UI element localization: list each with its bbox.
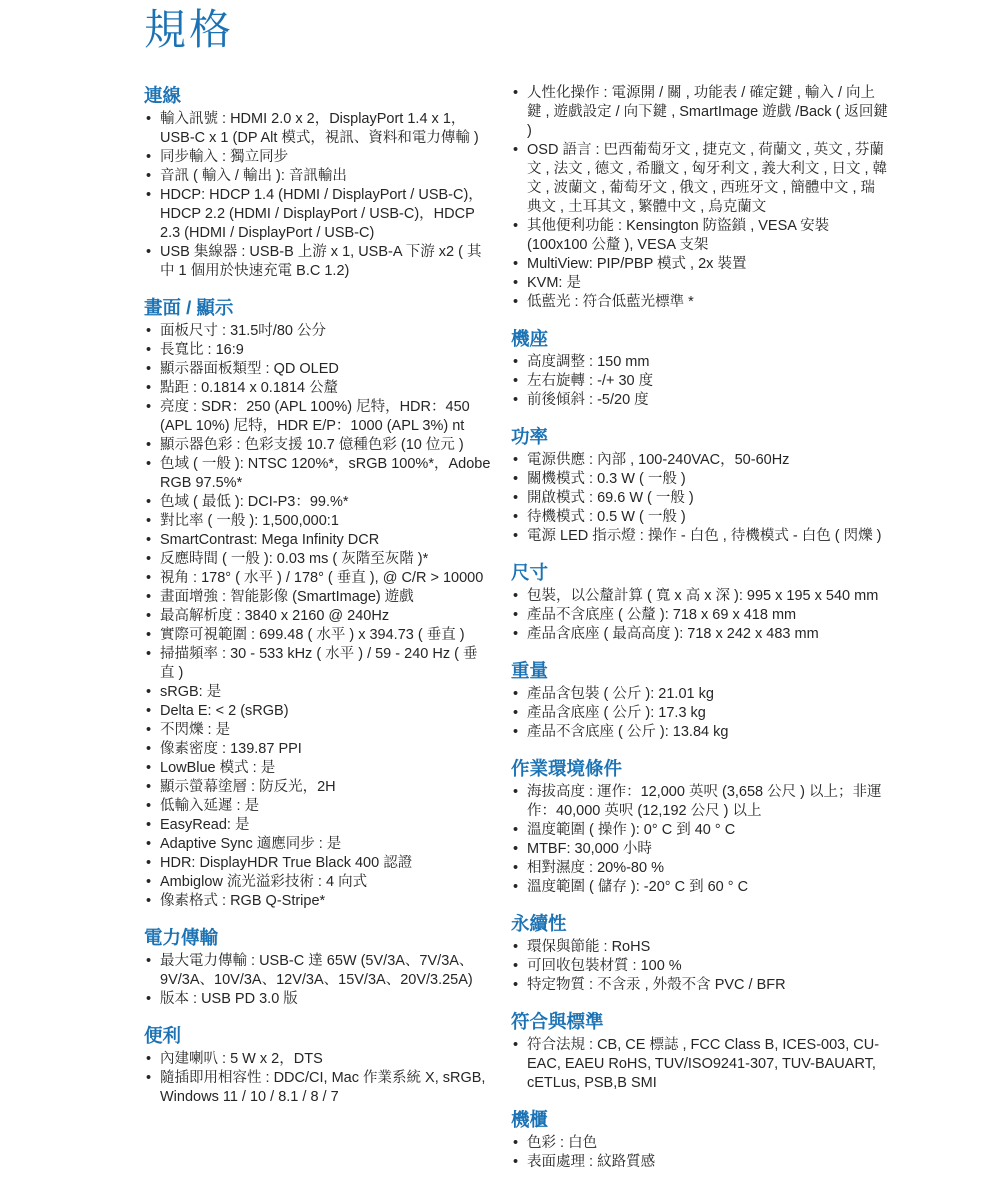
spec-item: 顯示器面板類型 : QD OLED xyxy=(144,360,491,379)
spec-list: 包裝，以公釐計算 ( 寬 x 高 x 深 ): 995 x 195 x 540 … xyxy=(511,587,889,644)
spec-item: 產品含底座 ( 最高高度 ): 718 x 242 x 483 mm xyxy=(511,625,889,644)
spec-item: LowBlue 模式 : 是 xyxy=(144,759,491,778)
spec-item: 待機模式 : 0.5 W ( 一般 ) xyxy=(511,508,889,527)
spec-item: 色域 ( 一般 ): NTSC 120%*，sRGB 100%*，Adobe R… xyxy=(144,455,491,493)
section-heading-convenience: 便利 xyxy=(144,1024,491,1047)
spec-item: EasyRead: 是 xyxy=(144,816,491,835)
spec-item: MTBF: 30,000 小時 xyxy=(511,840,889,859)
spec-list: 內建喇叭 : 5 W x 2，DTS隨插即用相容性 : DDC/CI, Mac … xyxy=(144,1050,491,1107)
spec-column-right: 人性化操作 : 電源開 / 關 , 功能表 / 確定鍵 , 輸入 / 向上鍵 ,… xyxy=(511,84,889,1172)
spec-columns: 連線輸入訊號 : HDMI 2.0 x 2，DisplayPort 1.4 x … xyxy=(144,84,1000,1172)
spec-list: 人性化操作 : 電源開 / 關 , 功能表 / 確定鍵 , 輸入 / 向上鍵 ,… xyxy=(511,84,889,312)
spec-item: 像素密度 : 139.87 PPI xyxy=(144,740,491,759)
section-connectivity: 連線輸入訊號 : HDMI 2.0 x 2，DisplayPort 1.4 x … xyxy=(144,84,491,281)
spec-item: 輸入訊號 : HDMI 2.0 x 2，DisplayPort 1.4 x 1，… xyxy=(144,110,491,148)
spec-page: 規格 連線輸入訊號 : HDMI 2.0 x 2，DisplayPort 1.4… xyxy=(0,0,1000,1172)
section-sustainability: 永續性環保與節能 : RoHS可回收包裝材質 : 100 %特定物質 : 不含汞… xyxy=(511,912,889,995)
spec-item: 相對濕度 : 20%-80 % xyxy=(511,859,889,878)
spec-item: 實際可視範圍 : 699.48 ( 水平 ) x 394.73 ( 垂直 ) xyxy=(144,626,491,645)
spec-item: 開啟模式 : 69.6 W ( 一般 ) xyxy=(511,489,889,508)
spec-item: MultiView: PIP/PBP 模式 , 2x 裝置 xyxy=(511,255,889,274)
spec-item: SmartContrast: Mega Infinity DCR xyxy=(144,531,491,550)
spec-item: 顯示螢幕塗層 : 防反光，2H xyxy=(144,778,491,797)
spec-item: 像素格式 : RGB Q-Stripe* xyxy=(144,892,491,911)
spec-item: 最高解析度 : 3840 x 2160 @ 240Hz xyxy=(144,607,491,626)
spec-item: 低藍光 : 符合低藍光標準 * xyxy=(511,293,889,312)
spec-item: 溫度範圍 ( 儲存 ): -20° C 到 60 ° C xyxy=(511,878,889,897)
section-heading-power-delivery: 電力傳輸 xyxy=(144,926,491,949)
spec-item: 左右旋轉 : -/+ 30 度 xyxy=(511,372,889,391)
spec-item: 點距 : 0.1814 x 0.1814 公釐 xyxy=(144,379,491,398)
spec-item: 顯示器色彩 : 色彩支援 10.7 億種色彩 (10 位元 ) xyxy=(144,436,491,455)
spec-item: 同步輸入 : 獨立同步 xyxy=(144,148,491,167)
spec-list: 最大電力傳輸 : USB-C 達 65W (5V/3A、7V/3A、9V/3A、… xyxy=(144,952,491,1009)
spec-item: 表面處理 : 紋路質感 xyxy=(511,1153,889,1172)
spec-item: 畫面增強 : 智能影像 (SmartImage) 遊戲 xyxy=(144,588,491,607)
spec-item: 產品含底座 ( 公斤 ): 17.3 kg xyxy=(511,704,889,723)
spec-item: KVM: 是 xyxy=(511,274,889,293)
spec-item: Adaptive Sync 適應同步 : 是 xyxy=(144,835,491,854)
spec-item: 環保與節能 : RoHS xyxy=(511,938,889,957)
spec-list: 電源供應 : 內部 , 100-240VAC，50-60Hz關機模式 : 0.3… xyxy=(511,451,889,546)
spec-column-left: 連線輸入訊號 : HDMI 2.0 x 2，DisplayPort 1.4 x … xyxy=(144,84,491,1107)
section-heading-compliance-standards: 符合與標準 xyxy=(511,1010,889,1033)
spec-item: 反應時間 ( 一般 ): 0.03 ms ( 灰階至灰階 )* xyxy=(144,550,491,569)
spec-item: 可回收包裝材質 : 100 % xyxy=(511,957,889,976)
section-weight: 重量產品含包裝 ( 公斤 ): 21.01 kg產品含底座 ( 公斤 ): 17… xyxy=(511,659,889,742)
spec-item: HDCP: HDCP 1.4 (HDMI / DisplayPort / USB… xyxy=(144,186,491,243)
spec-list: 環保與節能 : RoHS可回收包裝材質 : 100 %特定物質 : 不含汞 , … xyxy=(511,938,889,995)
spec-item: OSD 語言 : 巴西葡萄牙文 , 捷克文 , 荷蘭文 , 英文 , 芬蘭文 ,… xyxy=(511,141,889,217)
section-heading-cabinet: 機櫃 xyxy=(511,1108,889,1131)
spec-item: 產品不含底座 ( 公釐 ): 718 x 69 x 418 mm xyxy=(511,606,889,625)
spec-item: 電源供應 : 內部 , 100-240VAC，50-60Hz xyxy=(511,451,889,470)
spec-list: 產品含包裝 ( 公斤 ): 21.01 kg產品含底座 ( 公斤 ): 17.3… xyxy=(511,685,889,742)
section-heading-stand: 機座 xyxy=(511,327,889,350)
spec-item: 長寬比 : 16:9 xyxy=(144,341,491,360)
spec-item: 視角 : 178° ( 水平 ) / 178° ( 垂直 ), @ C/R > … xyxy=(144,569,491,588)
section-heading-weight: 重量 xyxy=(511,659,889,682)
spec-item: USB 集線器 : USB-B 上游 x 1, USB-A 下游 x2 ( 其中… xyxy=(144,243,491,281)
spec-item: 溫度範圍 ( 操作 ): 0° C 到 40 ° C xyxy=(511,821,889,840)
spec-item: 音訊 ( 輸入 / 輸出 ): 音訊輸出 xyxy=(144,167,491,186)
section-operating-conditions: 作業環境條件海拔高度 : 運作：12,000 英呎 (3,658 公尺 ) 以上… xyxy=(511,757,889,897)
spec-item: 不閃爍 : 是 xyxy=(144,721,491,740)
section-convenience: 便利內建喇叭 : 5 W x 2，DTS隨插即用相容性 : DDC/CI, Ma… xyxy=(144,1024,491,1107)
spec-item: 產品含包裝 ( 公斤 ): 21.01 kg xyxy=(511,685,889,704)
spec-list: 符合法規 : CB, CE 標誌 , FCC Class B, ICES-003… xyxy=(511,1036,889,1093)
section-power: 功率電源供應 : 內部 , 100-240VAC，50-60Hz關機模式 : 0… xyxy=(511,425,889,546)
section-heading-power: 功率 xyxy=(511,425,889,448)
spec-item: 隨插即用相容性 : DDC/CI, Mac 作業系統 X, sRGB, Wind… xyxy=(144,1069,491,1107)
spec-item: 前後傾斜 : -5/20 度 xyxy=(511,391,889,410)
spec-item: 亮度 : SDR：250 (APL 100%) 尼特，HDR：450 (APL … xyxy=(144,398,491,436)
section-power-delivery: 電力傳輸最大電力傳輸 : USB-C 達 65W (5V/3A、7V/3A、9V… xyxy=(144,926,491,1009)
spec-item: 產品不含底座 ( 公斤 ): 13.84 kg xyxy=(511,723,889,742)
section-heading-picture-display: 畫面 / 顯示 xyxy=(144,296,491,319)
spec-item: 掃描頻率 : 30 - 533 kHz ( 水平 ) / 59 - 240 Hz… xyxy=(144,645,491,683)
spec-item: HDR: DisplayHDR True Black 400 認證 xyxy=(144,854,491,873)
spec-item: 最大電力傳輸 : USB-C 達 65W (5V/3A、7V/3A、9V/3A、… xyxy=(144,952,491,990)
spec-item: 特定物質 : 不含汞 , 外殼不含 PVC / BFR xyxy=(511,976,889,995)
spec-item: 高度調整 : 150 mm xyxy=(511,353,889,372)
spec-item: 人性化操作 : 電源開 / 關 , 功能表 / 確定鍵 , 輸入 / 向上鍵 ,… xyxy=(511,84,889,141)
section-heading-sustainability: 永續性 xyxy=(511,912,889,935)
spec-item: 內建喇叭 : 5 W x 2，DTS xyxy=(144,1050,491,1069)
spec-item: Delta E: < 2 (sRGB) xyxy=(144,702,491,721)
spec-item: 關機模式 : 0.3 W ( 一般 ) xyxy=(511,470,889,489)
spec-item: sRGB: 是 xyxy=(144,683,491,702)
spec-item: Ambiglow 流光溢彩技術 : 4 向式 xyxy=(144,873,491,892)
page-title: 規格 xyxy=(144,6,1000,54)
spec-item: 海拔高度 : 運作：12,000 英呎 (3,658 公尺 ) 以上；非運作：4… xyxy=(511,783,889,821)
spec-item: 色域 ( 最低 ): DCI-P3：99.%* xyxy=(144,493,491,512)
section-heading-operating-conditions: 作業環境條件 xyxy=(511,757,889,780)
spec-list: 色彩 : 白色表面處理 : 紋路質感 xyxy=(511,1134,889,1172)
section-heading-connectivity: 連線 xyxy=(144,84,491,107)
spec-item: 符合法規 : CB, CE 標誌 , FCC Class B, ICES-003… xyxy=(511,1036,889,1093)
section-dimensions: 尺寸包裝，以公釐計算 ( 寬 x 高 x 深 ): 995 x 195 x 54… xyxy=(511,561,889,644)
section-picture-display: 畫面 / 顯示面板尺寸 : 31.5吋/80 公分長寬比 : 16:9顯示器面板… xyxy=(144,296,491,911)
spec-item: 面板尺寸 : 31.5吋/80 公分 xyxy=(144,322,491,341)
section-heading-dimensions: 尺寸 xyxy=(511,561,889,584)
section-cabinet: 機櫃色彩 : 白色表面處理 : 紋路質感 xyxy=(511,1108,889,1172)
spec-item: 包裝，以公釐計算 ( 寬 x 高 x 深 ): 995 x 195 x 540 … xyxy=(511,587,889,606)
spec-item: 色彩 : 白色 xyxy=(511,1134,889,1153)
spec-item: 對比率 ( 一般 ): 1,500,000:1 xyxy=(144,512,491,531)
spec-item: 版本 : USB PD 3.0 版 xyxy=(144,990,491,1009)
spec-list: 高度調整 : 150 mm左右旋轉 : -/+ 30 度前後傾斜 : -5/20… xyxy=(511,353,889,410)
section-compliance-standards: 符合與標準符合法規 : CB, CE 標誌 , FCC Class B, ICE… xyxy=(511,1010,889,1093)
spec-list: 面板尺寸 : 31.5吋/80 公分長寬比 : 16:9顯示器面板類型 : QD… xyxy=(144,322,491,911)
section-convenience-continued: 人性化操作 : 電源開 / 關 , 功能表 / 確定鍵 , 輸入 / 向上鍵 ,… xyxy=(511,84,889,312)
spec-item: 其他便利功能 : Kensington 防盜鎖 , VESA 安裝 (100x1… xyxy=(511,217,889,255)
section-stand: 機座高度調整 : 150 mm左右旋轉 : -/+ 30 度前後傾斜 : -5/… xyxy=(511,327,889,410)
spec-item: 低輸入延遲 : 是 xyxy=(144,797,491,816)
spec-list: 海拔高度 : 運作：12,000 英呎 (3,658 公尺 ) 以上；非運作：4… xyxy=(511,783,889,897)
spec-item: 電源 LED 指示燈 : 操作 - 白色 , 待機模式 - 白色 ( 閃爍 ) xyxy=(511,527,889,546)
spec-list: 輸入訊號 : HDMI 2.0 x 2，DisplayPort 1.4 x 1，… xyxy=(144,110,491,281)
